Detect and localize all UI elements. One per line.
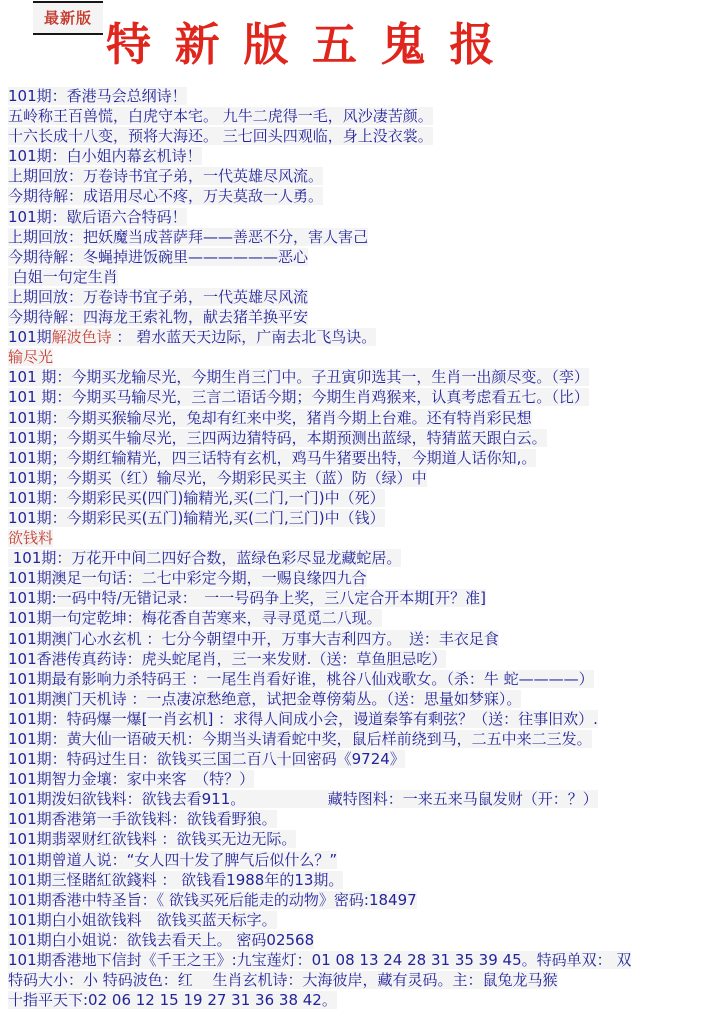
text-line: 101期：香港马会总纲诗！ — [8, 86, 702, 106]
text-segment: 101期香港地下信封《千王之王》:九宝莲灯：01 08 13 24 28 31 … — [8, 951, 631, 969]
page-title: 特 新 版 五 鬼 报 — [106, 20, 498, 70]
text-segment: 101 期：今期买龙输尽光，今期生肖三门中。子丑寅卯选其一，生肖一出颜尽变。（孪… — [8, 368, 589, 386]
text-line: 101期：万花开中间二四好合数，蓝绿色彩尽显龙藏蛇居。 — [8, 548, 702, 568]
text-segment: 特码大小：小 特码波色：红 生肖玄机诗：大海彼岸，藏有灵码。主：鼠兔龙马猴 — [8, 971, 558, 989]
text-line: 101期泼妇欲钱料：欲钱去看911。 藏特图料：一来五来马鼠发财（开：？） — [8, 789, 702, 809]
text-line: 上期回放：万卷诗书宜子弟，一代英雄尽风流。 — [8, 166, 702, 186]
text-line: 上期回放：把妖魔当成菩萨拜——善恶不分，害人害己 — [8, 227, 702, 247]
text-segment: 101期香港中特圣旨：《 欲钱买死后能走的动物》密码:18497 — [8, 891, 417, 909]
text-line: 101期智力金壤：家中来客 （特？） — [8, 769, 702, 789]
text-segment: 101期 — [8, 328, 52, 346]
text-line: 101期：今期买猴输尽光，兔却有红来中奖，猪肖今期上台难。还有特肖彩民想 — [8, 408, 702, 428]
text-line: 101期:一码中特/无错记录： 一一号码争上奖，三八定合开本期[开？准] — [8, 588, 702, 608]
text-segment: 101期曾道人说：“女人四十发了脾气后似什么？” — [8, 851, 337, 869]
text-line: 输尽光 — [8, 347, 702, 367]
text-segment: 五岭称王百兽慌，白虎守本宅。 九牛二虎得一毛，风沙凄苦颜。 — [8, 107, 433, 125]
text-line: 101期澳门心水玄机 ：七分今朝望中开，万事大吉利四方。 送：丰衣足食 — [8, 629, 702, 649]
text-line: 101期澳门天机诗 ：一点凄凉愁绝意，试把金尊傍菊丛。（送：思量如梦寐）。 — [8, 689, 702, 709]
text-segment: 白姐一句定生肖 — [8, 268, 118, 286]
text-segment: 101期白小姐说：欲钱去看天上。 密码02568 — [8, 931, 314, 949]
header: 最新版 特 新 版 五 鬼 报 — [0, 0, 702, 84]
text-segment: 101期最有影响力杀特码王 ：一尾生肖看好谁，桃谷八仙戏歌女。（杀：牛 蛇———… — [8, 670, 594, 688]
text-line: 101期香港地下信封《千王之王》:九宝莲灯：01 08 13 24 28 31 … — [8, 950, 702, 970]
text-line: 欲钱料 — [8, 528, 702, 548]
text-segment: 101期香港第一手欲钱料：欲钱看野狼。 — [8, 810, 277, 828]
content-lines: 101期：香港马会总纲诗！五岭称王百兽慌，白虎守本宅。 九牛二虎得一毛，风沙凄苦… — [0, 84, 702, 1010]
red-text-segment: 解波色诗 — [52, 328, 112, 346]
text-line: 101期：黄大仙一语破天机：今期当头请看蛇中奖，鼠后样前绕到马，二五中来二三发。 — [8, 729, 702, 749]
text-segment: 101期：黄大仙一语破天机：今期当头请看蛇中奖，鼠后样前绕到马，二五中来二三发。 — [8, 730, 592, 748]
text-line: 101期：今期彩民买(五门)输精光,买(二门,三门)中（钱） — [8, 508, 702, 528]
latest-version-badge: 最新版 — [33, 1, 103, 35]
text-segment: 十指平天下:02 06 12 15 19 27 31 36 38 42。 — [8, 991, 337, 1009]
text-line: 今期待解：四海龙王索礼物，献去猪羊换平安 — [8, 307, 702, 327]
text-line: 今期待解：成语用尽心不疼，万夫莫敌一人勇。 — [8, 186, 702, 206]
text-segment: 上期回放：万卷诗书宜子弟，一代英雄尽风流。 — [8, 167, 323, 185]
text-segment: 101期：今期彩民买(五门)输精光,买(二门,三门)中（钱） — [8, 509, 385, 527]
text-segment: 101期智力金壤：家中来客 （特？） — [8, 770, 254, 788]
text-line: 101期香港第一手欲钱料：欲钱看野狼。 — [8, 809, 702, 829]
text-segment: 101期；今期红输精光，四三话特有玄机，鸡马牛猪要出特，今期道人话你知,。 — [8, 449, 536, 467]
text-line: 五岭称王百兽慌，白虎守本宅。 九牛二虎得一毛，风沙凄苦颜。 — [8, 106, 702, 126]
text-segment: 101期：万花开中间二四好合数，蓝绿色彩尽显龙藏蛇居。 — [8, 549, 401, 567]
text-line: 101期：特码过生日：欲钱买三国二百八十回密码《9724》 — [8, 749, 702, 769]
text-line: 101期曾道人说：“女人四十发了脾气后似什么？” — [8, 850, 702, 870]
red-text-segment: 欲钱料 — [8, 529, 53, 547]
text-line: 上期回放：万卷诗书宜子弟，一代英雄尽风流 — [8, 287, 702, 307]
text-line: 十六长成十八变，预将大海还。 三七回头四观临，身上没衣裳。 — [8, 126, 702, 146]
text-line: 101期翡翠财红欲钱料 ：欲钱买无边无际。 — [8, 829, 702, 849]
text-segment: 101期澳门天机诗 ：一点凄凉愁绝意，试把金尊傍菊丛。（送：思量如梦寐）。 — [8, 690, 521, 708]
text-line: 101 期：今期买龙输尽光，今期生肖三门中。子丑寅卯选其一，生肖一出颜尽变。（孪… — [8, 367, 702, 387]
text-line: 101期最有影响力杀特码王 ：一尾生肖看好谁，桃谷八仙戏歌女。（杀：牛 蛇———… — [8, 669, 702, 689]
text-segment: 101期；今期买（红）输尽光，今期彩民买主（蓝）防（绿）中 — [8, 469, 427, 487]
text-line: 101 期：今期买马输尽光，三言二语话今期；今期生肖鸡猴来，认真考虑看五七。（比… — [8, 387, 702, 407]
text-segment: 101 期：今期买马输尽光，三言二语话今期；今期生肖鸡猴来，认真考虑看五七。（比… — [8, 388, 589, 406]
text-line: 101期一句定乾坤：梅花香自苦寒来，寻寻觅觅二八现。 — [8, 608, 702, 628]
text-line: 白姐一句定生肖 — [8, 267, 702, 287]
text-segment: 101期：白小姐内幕玄机诗！ — [8, 147, 202, 165]
text-segment: 101期：歇后语六合特码！ — [8, 208, 187, 226]
text-line: 101期；今期买牛输尽光，三四两边猜特码，本期预测出蓝绿，特猜蓝天跟白云。 — [8, 428, 702, 448]
text-line: 特码大小：小 特码波色：红 生肖玄机诗：大海彼岸，藏有灵码。主：鼠兔龙马猴 — [8, 970, 702, 990]
text-segment: 101期：特码过生日：欲钱买三国二百八十回密码《9724》 — [8, 750, 405, 768]
text-line: 101期白小姐说：欲钱去看天上。 密码02568 — [8, 930, 702, 950]
text-line: 101香港传真药诗：虎头蛇尾肖，三一来发财.（送：草鱼胆忌吃） — [8, 649, 702, 669]
latest-version-label: 最新版 — [44, 9, 92, 27]
text-line: 101期：今期彩民买(四门)输精光,买(二门,一门)中（死） — [8, 488, 702, 508]
text-line: 101期：白小姐内幕玄机诗！ — [8, 146, 702, 166]
text-line: 101期解波色诗 ： 碧水蓝天天边际，广南去北飞鸟诀。 — [8, 327, 702, 347]
text-segment: 101期翡翠财红欲钱料 ：欲钱买无边无际。 — [8, 830, 296, 848]
text-segment: 101期白小姐欲钱料 欲钱买蓝天标字。 — [8, 911, 277, 929]
text-segment: ： 碧水蓝天天边际，广南去北飞鸟诀。 — [112, 328, 377, 346]
text-segment: 今期待解：成语用尽心不疼，万夫莫敌一人勇。 — [8, 187, 323, 205]
text-segment: 101期；今期买牛输尽光，三四两边猜特码，本期预测出蓝绿，特猜蓝天跟白云。 — [8, 429, 547, 447]
text-segment: 上期回放：万卷诗书宜子弟，一代英雄尽风流 — [8, 288, 308, 306]
text-segment: 101期：香港马会总纲诗！ — [8, 87, 187, 105]
text-segment: 101期泼妇欲钱料：欲钱去看911。 藏特图料：一来五来马鼠发财（开：？） — [8, 790, 598, 808]
text-segment: 上期回放：把妖魔当成菩萨拜——善恶不分，害人害己 — [8, 228, 368, 246]
text-line: 101期香港中特圣旨：《 欲钱买死后能走的动物》密码:18497 — [8, 890, 702, 910]
red-text-segment: 输尽光 — [8, 348, 53, 366]
text-segment: 101期：今期彩民买(四门)输精光,买(二门,一门)中（死） — [8, 489, 385, 507]
text-segment: 今期待解：四海龙王索礼物，献去猪羊换平安 — [8, 308, 308, 326]
text-segment: 101期一句定乾坤：梅花香自苦寒来，寻寻觅觅二八现。 — [8, 609, 382, 627]
text-line: 101期：歇后语六合特码！ — [8, 207, 702, 227]
text-segment: 101期澳门心水玄机 ：七分今朝望中开，万事大吉利四方。 送：丰衣足食 — [8, 630, 499, 648]
text-segment: 101期:一码中特/无错记录： 一一号码争上奖，三八定合开本期[开？准] — [8, 589, 486, 607]
text-segment: 101期澳足一句话：二七中彩定今期，一赐良缘四九合 — [8, 569, 367, 587]
text-line: 101期白小姐欲钱料 欲钱买蓝天标字。 — [8, 910, 702, 930]
text-line: 101期澳足一句话：二七中彩定今期，一赐良缘四九合 — [8, 568, 702, 588]
text-line: 今期待解：冬蝇掉进饭碗里——————恶心 — [8, 247, 702, 267]
text-line: 十指平天下:02 06 12 15 19 27 31 36 38 42。 — [8, 990, 702, 1010]
text-segment: 101香港传真药诗：虎头蛇尾肖，三一来发财.（送：草鱼胆忌吃） — [8, 650, 446, 668]
text-segment: 今期待解：冬蝇掉进饭碗里——————恶心 — [8, 248, 308, 266]
text-line: 101期；今期红输精光，四三话特有玄机，鸡马牛猪要出特，今期道人话你知,。 — [8, 448, 702, 468]
text-segment: 101期：今期买猴输尽光，兔却有红来中奖，猪肖今期上台难。还有特肖彩民想 — [8, 409, 532, 427]
text-line: 101期：特码爆一爆[一肖玄机] ：求得人间成小会，谩道秦筝有剩弦？（送：往事旧… — [8, 709, 702, 729]
text-line: 101期；今期买（红）输尽光，今期彩民买主（蓝）防（绿）中 — [8, 468, 702, 488]
text-line: 101期三怪賭紅欲錢料 ： 欲钱看1988年的13期。 — [8, 870, 702, 890]
text-segment: 101期三怪賭紅欲錢料 ： 欲钱看1988年的13期。 — [8, 871, 343, 889]
text-segment: 十六长成十八变，预将大海还。 三七回头四观临，身上没衣裳。 — [8, 127, 433, 145]
five-ghost-report-page: 最新版 特 新 版 五 鬼 报 101期：香港马会总纲诗！五岭称王百兽慌，白虎守… — [0, 0, 702, 1017]
text-segment: 101期：特码爆一爆[一肖玄机] ：求得人间成小会，谩道秦筝有剩弦？（送：往事旧… — [8, 710, 598, 728]
